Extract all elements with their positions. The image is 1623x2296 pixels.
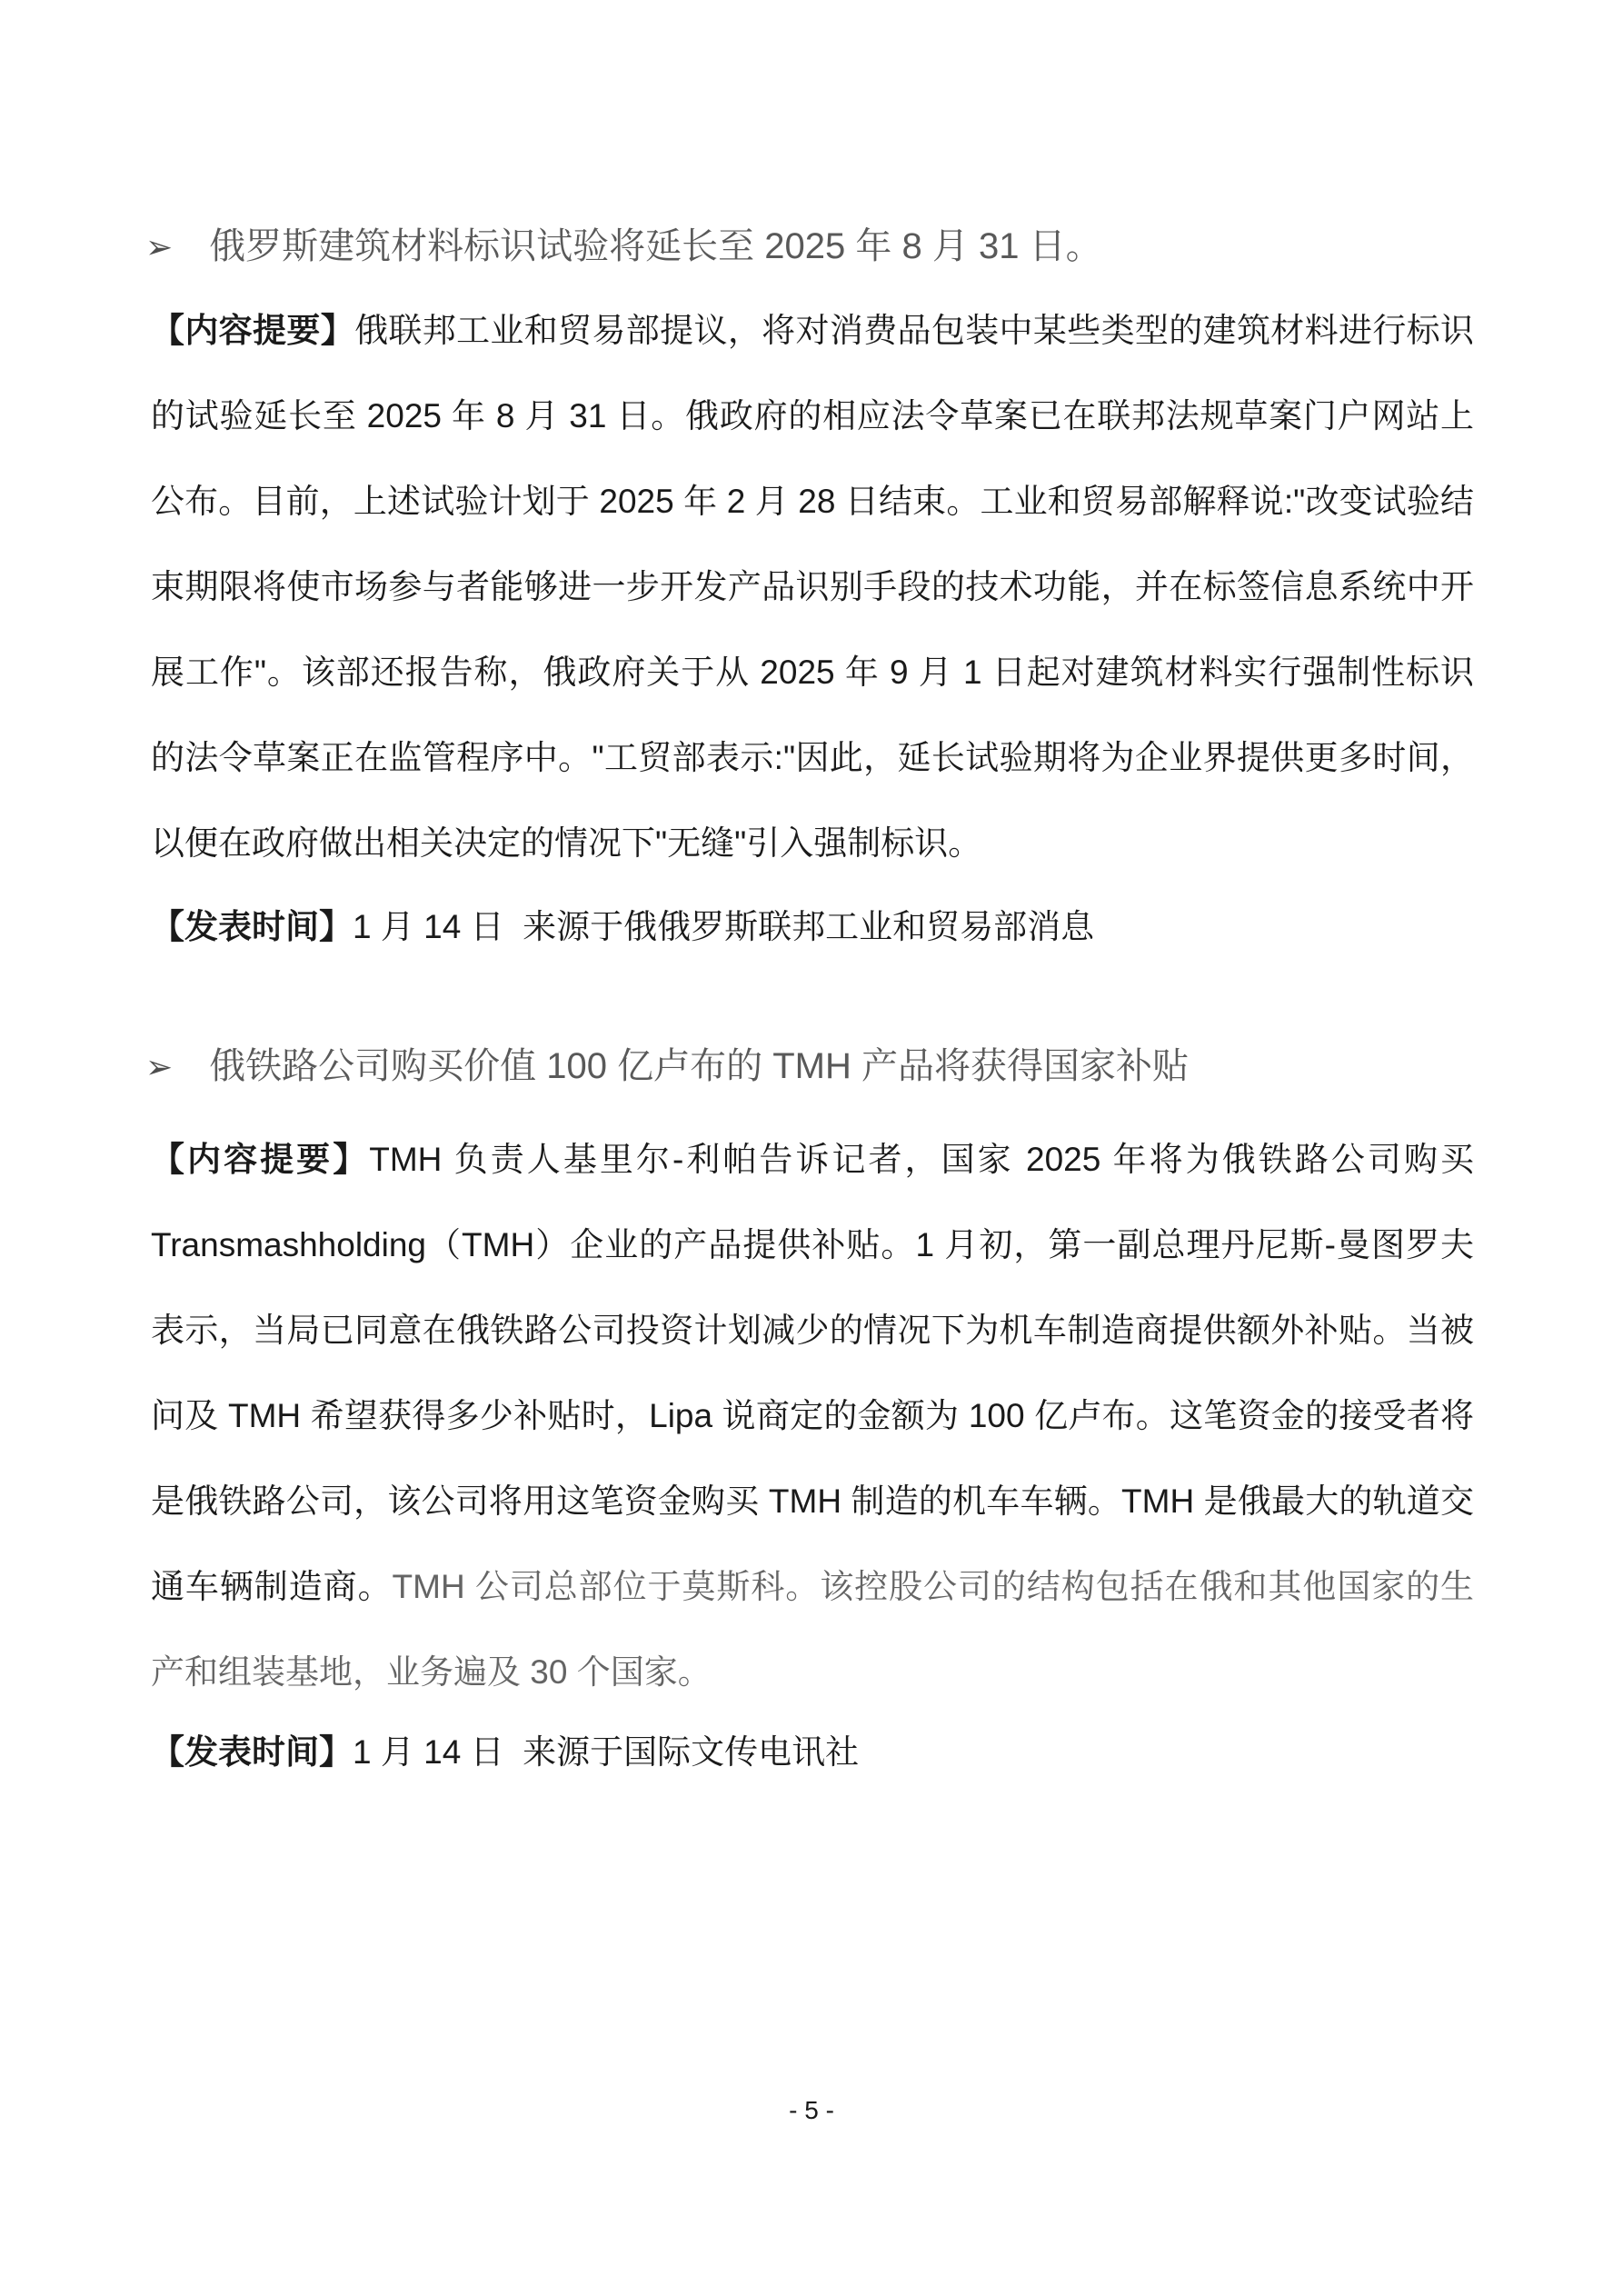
arrow-bullet-icon: ➢ — [145, 222, 173, 273]
page-number: - 5 - — [0, 2092, 1623, 2129]
publish-text-2: 1 月 14 日 来源于国际文传电讯社 — [353, 1733, 859, 1771]
publish-label-1: 【发表时间】 — [151, 908, 353, 945]
news-heading-1-text: 俄罗斯建筑材料标识试验将延长至 2025 年 8 月 31 日。 — [209, 221, 1101, 272]
publish-line-2: 【发表时间】1 月 14 日 来源于国际文传电讯社 — [151, 1710, 1474, 1795]
summary-label-2: 【内容提要】 — [151, 1141, 369, 1178]
news-heading-1: ➢ 俄罗斯建筑材料标识试验将延长至 2025 年 8 月 31 日。 — [145, 221, 1481, 273]
summary-text-1: 俄联邦工业和贸易部提议，将对消费品包装中某些类型的建筑材料进行标识的试验延长至 … — [151, 312, 1474, 862]
summary-label-1: 【内容提要】 — [151, 312, 354, 349]
news-summary-1: 【内容提要】俄联邦工业和贸易部提议，将对消费品包装中某些类型的建筑材料进行标识的… — [151, 288, 1474, 886]
news-heading-2-text: 俄铁路公司购买价值 100 亿卢布的 TMH 产品将获得国家补贴 — [209, 1041, 1189, 1092]
news-heading-2: ➢ 俄铁路公司购买价值 100 亿卢布的 TMH 产品将获得国家补贴 — [145, 1041, 1481, 1093]
publish-text-1: 1 月 14 日 来源于俄俄罗斯联邦工业和贸易部消息 — [353, 908, 1094, 945]
news-summary-2: 【内容提要】TMH 负责人基里尔-利帕告诉记者，国家 2025 年将为俄铁路公司… — [151, 1117, 1474, 1715]
document-page: ➢ 俄罗斯建筑材料标识试验将延长至 2025 年 8 月 31 日。 【内容提要… — [0, 0, 1623, 2296]
publish-label-2: 【发表时间】 — [151, 1733, 353, 1771]
arrow-bullet-icon: ➢ — [145, 1042, 173, 1093]
summary-text-2: TMH 负责人基里尔-利帕告诉记者，国家 2025 年将为俄铁路公司购买 Tra… — [151, 1141, 1474, 1605]
publish-line-1: 【发表时间】1 月 14 日 来源于俄俄罗斯联邦工业和贸易部消息 — [151, 884, 1474, 970]
